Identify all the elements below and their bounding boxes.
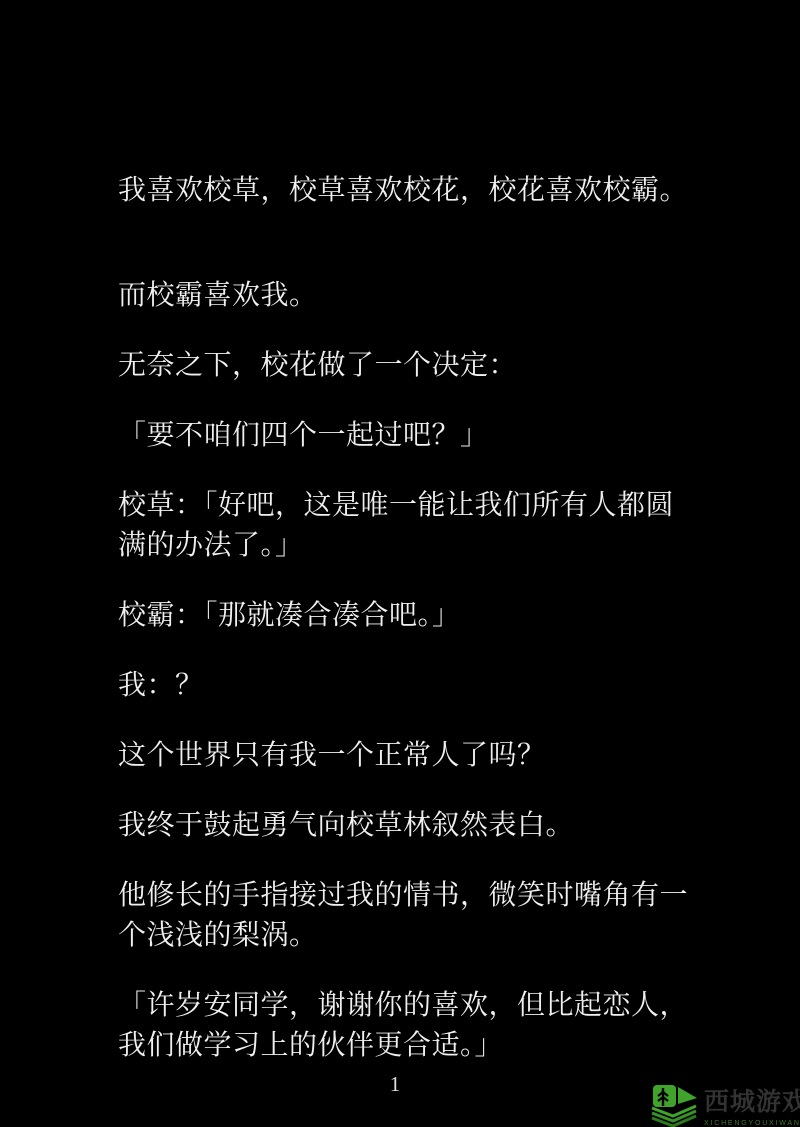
wheat-stack-icon	[650, 1084, 698, 1127]
paragraph: 我：？	[118, 665, 690, 705]
watermark-romanization: XICHENGYOUXIWANG	[704, 1120, 800, 1127]
paragraph: 「要不咱们四个一起过吧？」	[118, 415, 690, 455]
paragraph: 我喜欢校草，校草喜欢校花，校花喜欢校霸。	[118, 170, 690, 210]
watermark-site-name: 西城游戏网	[704, 1089, 800, 1117]
story-text-block: 我喜欢校草，校草喜欢校花，校花喜欢校霸。而校霸喜欢我。无奈之下，校花做了一个决定…	[118, 170, 690, 1095]
paragraph: 无奈之下，校花做了一个决定：	[118, 345, 690, 385]
paragraph: 我终于鼓起勇气向校草林叙然表白。	[118, 805, 690, 845]
watermark-text: 西城游戏网 XICHENGYOUXIWANG	[704, 1084, 800, 1127]
paragraph: 校霸：「那就凑合凑合吧。」	[118, 595, 690, 635]
paragraph: 这个世界只有我一个正常人了吗？	[118, 735, 690, 775]
paragraph: 他修长的手指接过我的情书，微笑时嘴角有一 个浅浅的梨涡。	[118, 875, 690, 955]
paragraph: 「许岁安同学，谢谢你的喜欢，但比起恋人， 我们做学习上的伙伴更合适。」	[118, 985, 690, 1065]
paragraph: 而校霸喜欢我。	[118, 275, 690, 315]
reader-page: { "page": { "background": "#000000", "te…	[0, 0, 800, 1127]
document-page: 我喜欢校草，校草喜欢校花，校花喜欢校霸。而校霸喜欢我。无奈之下，校花做了一个决定…	[0, 0, 800, 1127]
paragraph: 校草：「好吧，这是唯一能让我们所有人都圆 满的办法了。」	[118, 485, 690, 565]
watermark: 西城游戏网 XICHENGYOUXIWANG	[650, 1084, 800, 1127]
